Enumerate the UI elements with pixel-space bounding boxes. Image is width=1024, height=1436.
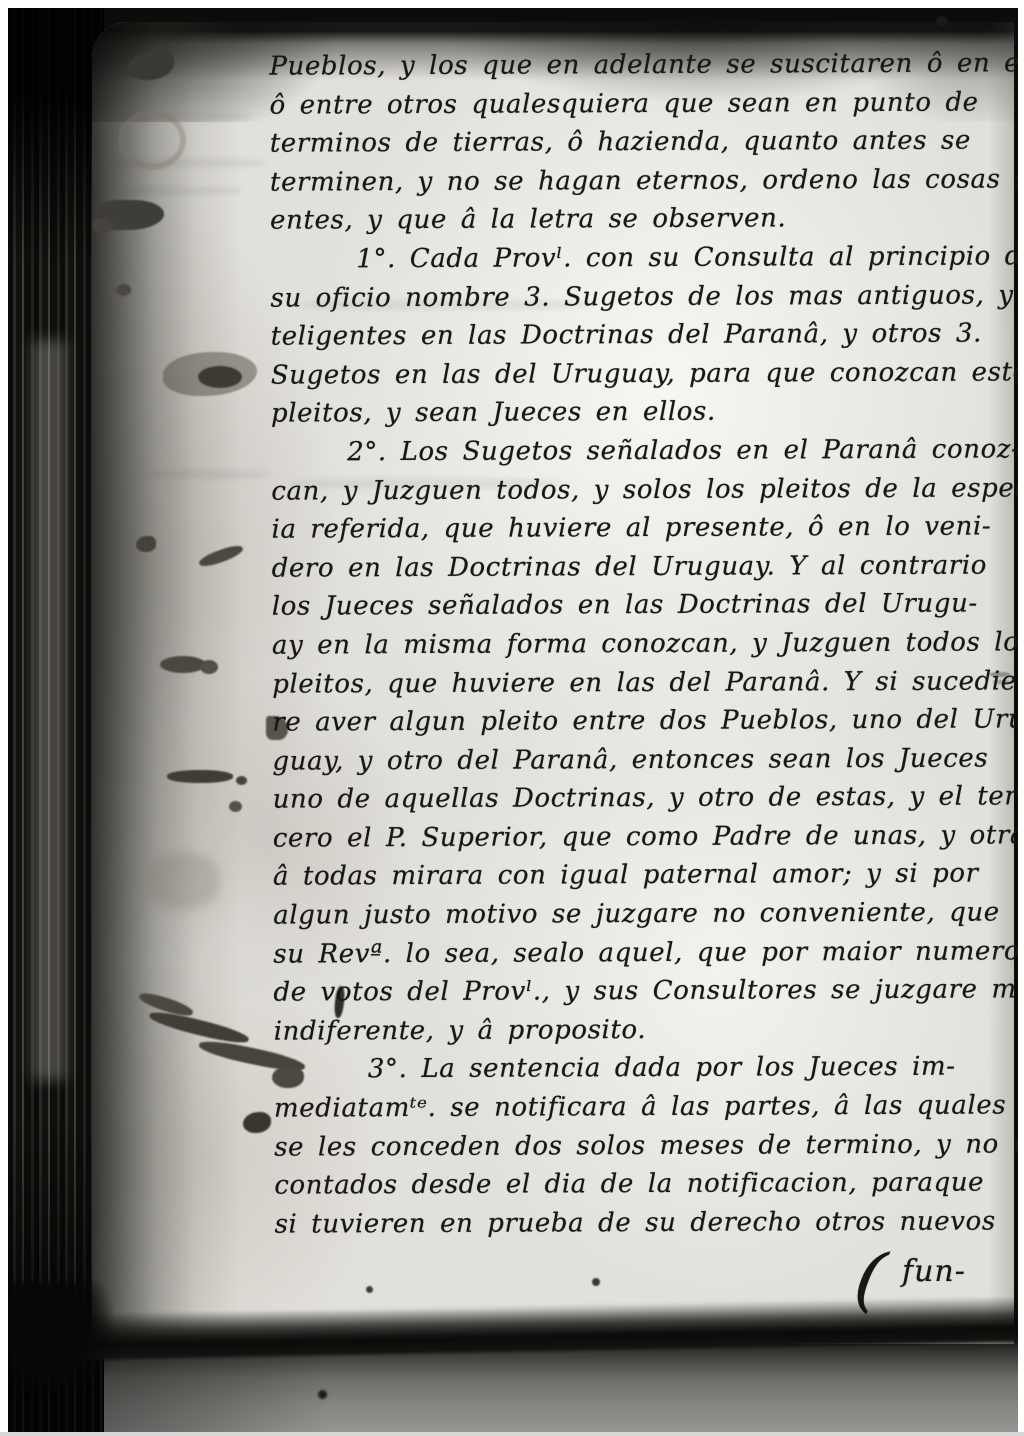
book-spine-highlight bbox=[32, 340, 66, 1080]
manuscript-line: su oficio nombre 3. Sugetos de los mas a… bbox=[270, 276, 1012, 318]
manuscript-line: ô entre otros qualesquiera que sean en p… bbox=[270, 83, 1012, 125]
ink-stain bbox=[92, 218, 114, 233]
manuscript-line: terminos de tierras, ô hazienda, quanto … bbox=[270, 122, 1012, 164]
manuscript-line: ia referida, que huviere al presente, ô … bbox=[271, 508, 1013, 550]
manuscript-line: entes, y que â la letra se observen. bbox=[270, 199, 1012, 241]
manuscript-line: teligentes en las Doctrinas del Paranâ, … bbox=[271, 315, 1013, 357]
scan-frame-top bbox=[0, 0, 1024, 8]
ink-stain bbox=[146, 852, 220, 910]
ink-stain bbox=[200, 660, 218, 674]
ink-speck bbox=[318, 1390, 327, 1399]
ink-stain bbox=[236, 776, 247, 785]
manuscript-line: algun justo motivo se juzgare no conveni… bbox=[273, 893, 1015, 935]
manuscript-line-item-1: 1°. Cada Provˡ. con su Consulta al princ… bbox=[270, 237, 1012, 279]
manuscript-line: guay, y otro del Paranâ, entonces sean l… bbox=[272, 739, 1014, 781]
ink-speck bbox=[366, 1286, 373, 1293]
ink-stain bbox=[118, 110, 186, 170]
manuscript-line: su Revª. lo sea, sealo aquel, que por ma… bbox=[273, 932, 1015, 974]
manuscript-line: mediatamᵗᵉ. se notificara â las partes, … bbox=[274, 1086, 1016, 1128]
manuscript-line: pleitos, que huviere en las del Paranâ. … bbox=[272, 662, 1014, 704]
scan-frame-bottom bbox=[0, 1432, 1024, 1436]
manuscript-line: uno de aquellas Doctrinas, y otro de est… bbox=[273, 778, 1015, 820]
scanned-manuscript-page: Pueblos, y los que en adelante se suscit… bbox=[0, 0, 1024, 1436]
book-spine-foot bbox=[8, 1282, 112, 1394]
manuscript-line: terminen, y no se hagan eternos, ordeno … bbox=[270, 160, 1012, 202]
manuscript-line: se les conceden dos solos meses de termi… bbox=[274, 1125, 1016, 1167]
ink-stain bbox=[136, 536, 156, 552]
manuscript-line-item-3: 3°. La sentencia dada por los Jueces im- bbox=[274, 1048, 1016, 1090]
ink-stain bbox=[229, 801, 242, 812]
ink-stain bbox=[198, 366, 242, 388]
manuscript-line: re aver algun pleito entre dos Pueblos, … bbox=[272, 700, 1014, 742]
manuscript-text-block: Pueblos, y los que en adelante se suscit… bbox=[269, 44, 1016, 1244]
manuscript-line: can, y Juzguen todos, y solos los pleito… bbox=[271, 469, 1013, 511]
ink-stain bbox=[160, 656, 206, 673]
manuscript-line: â todas mirara con igual paternal amor; … bbox=[273, 855, 1015, 897]
ink-speck bbox=[936, 16, 947, 27]
bleedthrough-mark bbox=[150, 470, 270, 479]
manuscript-line: pleitos, y sean Jueces en ellos. bbox=[271, 392, 1013, 434]
manuscript-line: de votos del Provˡ., y sus Consultores s… bbox=[273, 971, 1015, 1013]
ink-speck bbox=[592, 1278, 600, 1286]
scan-frame-left bbox=[0, 0, 8, 1436]
manuscript-line-item-2: 2°. Los Sugetos señalados en el Paranâ c… bbox=[271, 430, 1013, 472]
catchword-text: fun- bbox=[902, 1254, 966, 1289]
manuscript-line: ay en la misma forma conozcan, y Juzguen… bbox=[272, 623, 1014, 665]
manuscript-line: Sugetos en las del Uruguay, para que con… bbox=[271, 353, 1013, 395]
manuscript-line: los Jueces señalados en las Doctrinas de… bbox=[272, 585, 1014, 627]
manuscript-line: indiferente, y â proposito. bbox=[274, 1009, 1016, 1051]
bleedthrough-mark bbox=[124, 186, 242, 195]
manuscript-line: Pueblos, y los que en adelante se suscit… bbox=[269, 44, 1011, 86]
manuscript-line: dero en las Doctrinas del Uruguay. Y al … bbox=[272, 546, 1014, 588]
ink-stain bbox=[167, 770, 233, 783]
ink-stain bbox=[116, 284, 131, 296]
manuscript-line: contados desde el dia de la notificacion… bbox=[274, 1164, 1016, 1206]
manuscript-line: cero el P. Superior, que como Padre de u… bbox=[273, 816, 1015, 858]
scan-frame-right bbox=[1018, 0, 1024, 1436]
